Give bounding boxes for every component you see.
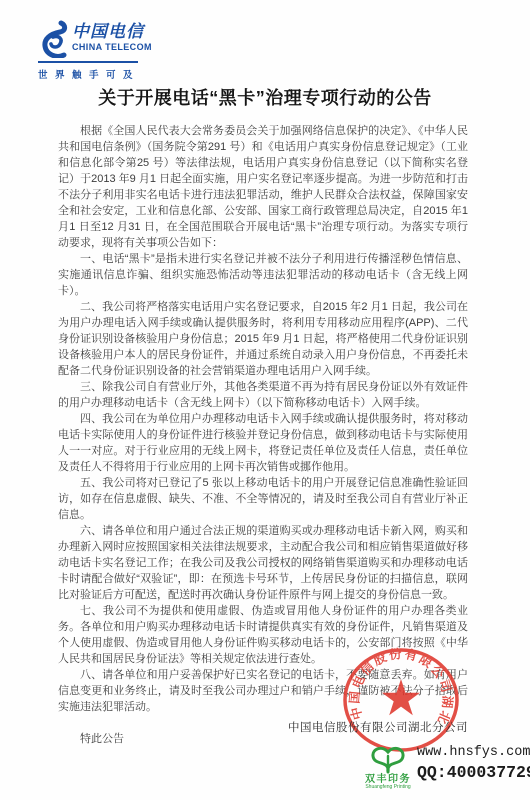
company-seal-stamp: 中国电信股份有限公司湖北分公司 bbox=[339, 645, 463, 755]
printer-watermark: 双丰印务 Shuangfeng Printing www.hnsfys.com … bbox=[363, 744, 530, 790]
svg-text:中国电信股份有限公司湖北分公司: 中国电信股份有限公司湖北分公司 bbox=[339, 645, 455, 728]
logo-slogan: 世界触手可及 bbox=[38, 67, 152, 81]
printer-tree-icon bbox=[366, 744, 410, 774]
logo-cn-text: 中国电信 bbox=[72, 22, 152, 41]
paragraph-item-2: 二、我公司将严格落实电话用户实名登记要求，自2015 年2 月1 日起，我公司在… bbox=[58, 299, 468, 379]
printer-name-en: Shuangfeng Printing bbox=[363, 785, 413, 790]
page-title: 关于开展电话“黑卡”治理专项行动的公告 bbox=[0, 84, 530, 110]
seal-ring-text: 中国电信股份有限公司湖北分公司 bbox=[339, 645, 455, 728]
printer-qq-number: QQ:4000377296 bbox=[417, 762, 530, 784]
paragraph-item-5: 五、我公司将对已登记了5 张以上移动电话卡的用户开展登记信息准确性验证回访，如存… bbox=[58, 475, 468, 523]
china-telecom-logo-icon bbox=[38, 20, 68, 58]
signature-company: 中国电信股份有限公司湖北分公司 bbox=[58, 719, 468, 735]
printer-website: www.hnsfys.com bbox=[417, 744, 530, 762]
paragraph-item-6: 六、请各单位和用户通过合法正规的渠道购买或办理移动电话卡新入网，购买和办理新入网… bbox=[58, 523, 468, 603]
seal-star-icon bbox=[382, 679, 420, 715]
china-telecom-logo: 中国电信 CHINA TELECOM 世界触手可及 bbox=[38, 20, 152, 81]
paragraph-intro: 根据《全国人民代表大会常务委员会关于加强网络信息保护的决定》、《中华人民共和国电… bbox=[58, 123, 468, 251]
paragraph-item-1: 一、电话“黑卡”是指未进行实名登记并被不法分子利用进行传播淫秽色情信息、实施通讯… bbox=[58, 251, 468, 299]
paragraph-item-3: 三、除我公司自有营业厅外，其他各类渠道不再为持有居民身份证以外有效证件的用户办理… bbox=[58, 379, 468, 411]
announcement-page: 中国电信 CHINA TELECOM 世界触手可及 关于开展电话“黑卡”治理专项… bbox=[0, 0, 530, 800]
paragraph-item-4: 四、我公司在为单位用户办理移动电话卡入网手续或确认提供服务时，将对移动电话卡实际… bbox=[58, 411, 468, 475]
logo-divider-line bbox=[38, 61, 138, 63]
logo-en-text: CHINA TELECOM bbox=[72, 42, 152, 52]
